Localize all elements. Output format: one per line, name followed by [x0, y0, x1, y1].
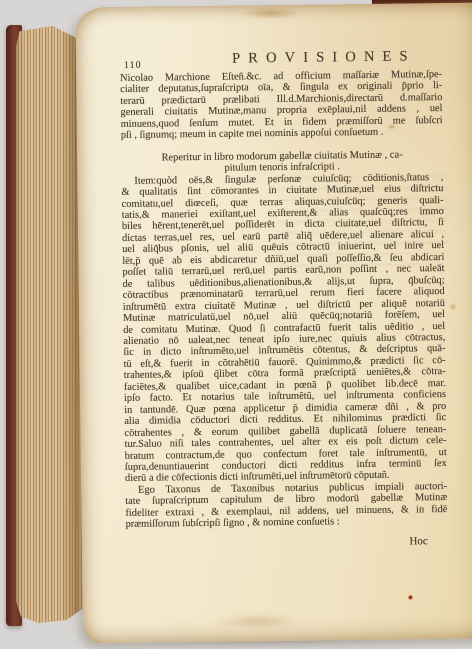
text-line: pſi , ſignumq; meum in capite mei nomini… [121, 126, 443, 141]
foxing-stain [240, 7, 300, 20]
page-block-fore-edge [16, 26, 86, 623]
foxing-stain [408, 595, 412, 599]
book-page: 110 PROVISIONES Nicolao Marchione Eſteñ.… [75, 3, 472, 644]
foxing-stain [213, 613, 303, 630]
folio-number: 110 [124, 60, 142, 72]
notary-attestation-paragraph: Nicolao Marchione Eſteñ.&c. ad officium … [120, 69, 443, 142]
notary-closing-paragraph: Ego Taxonus de Taxonibus notarius public… [125, 481, 448, 531]
page-text-block: 110 PROVISIONES Nicolao Marchione Eſteñ.… [120, 51, 448, 551]
text-line: præmiſſorum ſubſcripſi ſigno , & nomine … [125, 515, 447, 530]
foxing-stain [449, 303, 457, 311]
catchword: Hoc [126, 536, 448, 551]
running-title: PROVISIONES [232, 51, 416, 65]
book-photo: 110 PROVISIONES Nicolao Marchione Eſteñ.… [0, 0, 472, 649]
gabelle-chapter-paragraph: Item:quòd oēs,& ſingulæ perſonæ cuiuſcūq… [121, 172, 447, 485]
